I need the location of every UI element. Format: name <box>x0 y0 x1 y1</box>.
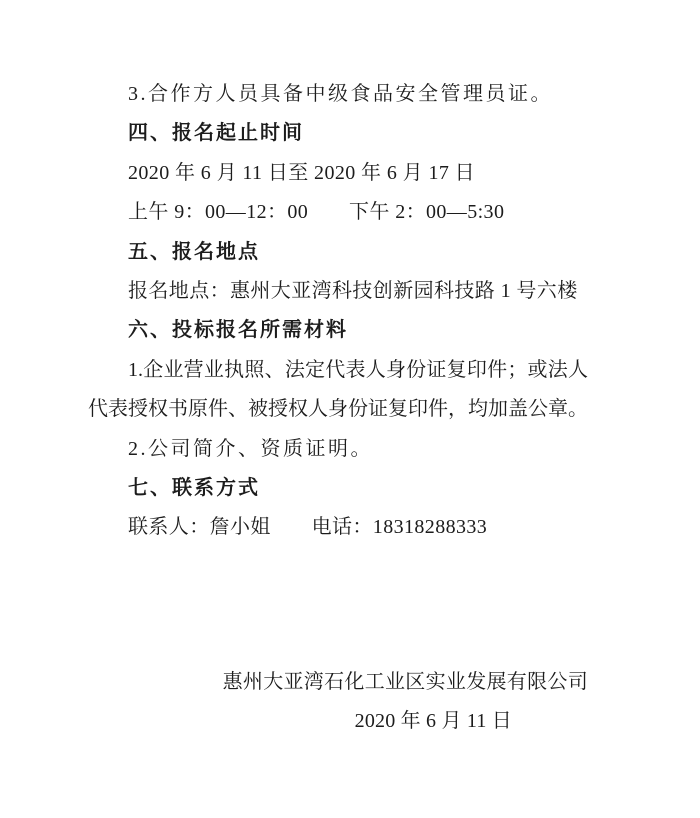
clause-coop-personnel-cert: 3.合作方人员具备中级食品安全管理员证。 <box>88 75 588 114</box>
signature-company-name: 惠州大亚湾石化工业区实业发展有限公司 <box>223 663 588 702</box>
signature-date: 2020 年 6 月 11 日 <box>251 702 616 741</box>
section-heading-registration-place: 五、报名地点 <box>88 233 588 272</box>
section-heading-required-materials: 六、投标报名所需材料 <box>88 311 588 350</box>
section-heading-registration-time: 四、报名起止时间 <box>88 114 588 153</box>
registration-address: 报名地点：惠州大亚湾科技创新园科技路 1 号六楼 <box>88 272 588 311</box>
materials-item-1: 1.企业营业执照、法定代表人身份证复印件；或法人代表授权书原件、被授权人身份证复… <box>88 351 588 430</box>
document-body: 3.合作方人员具备中级食品安全管理员证。 四、报名起止时间 2020 年 6 月… <box>88 0 588 742</box>
materials-item-2: 2.公司简介、资质证明。 <box>88 430 588 469</box>
section-heading-contact: 七、联系方式 <box>88 469 588 508</box>
registration-hours: 上午 9：00—12：00 下午 2：00—5:30 <box>88 193 588 232</box>
signature-block: 惠州大亚湾石化工业区实业发展有限公司 2020 年 6 月 11 日 <box>88 663 588 742</box>
contact-line: 联系人：詹小姐 电话：18318288333 <box>88 508 588 547</box>
registration-date-range: 2020 年 6 月 11 日至 2020 年 6 月 17 日 <box>88 154 588 193</box>
signature-inner: 惠州大亚湾石化工业区实业发展有限公司 2020 年 6 月 11 日 <box>223 663 588 742</box>
document-page: 3.合作方人员具备中级食品安全管理员证。 四、报名起止时间 2020 年 6 月… <box>0 0 700 818</box>
